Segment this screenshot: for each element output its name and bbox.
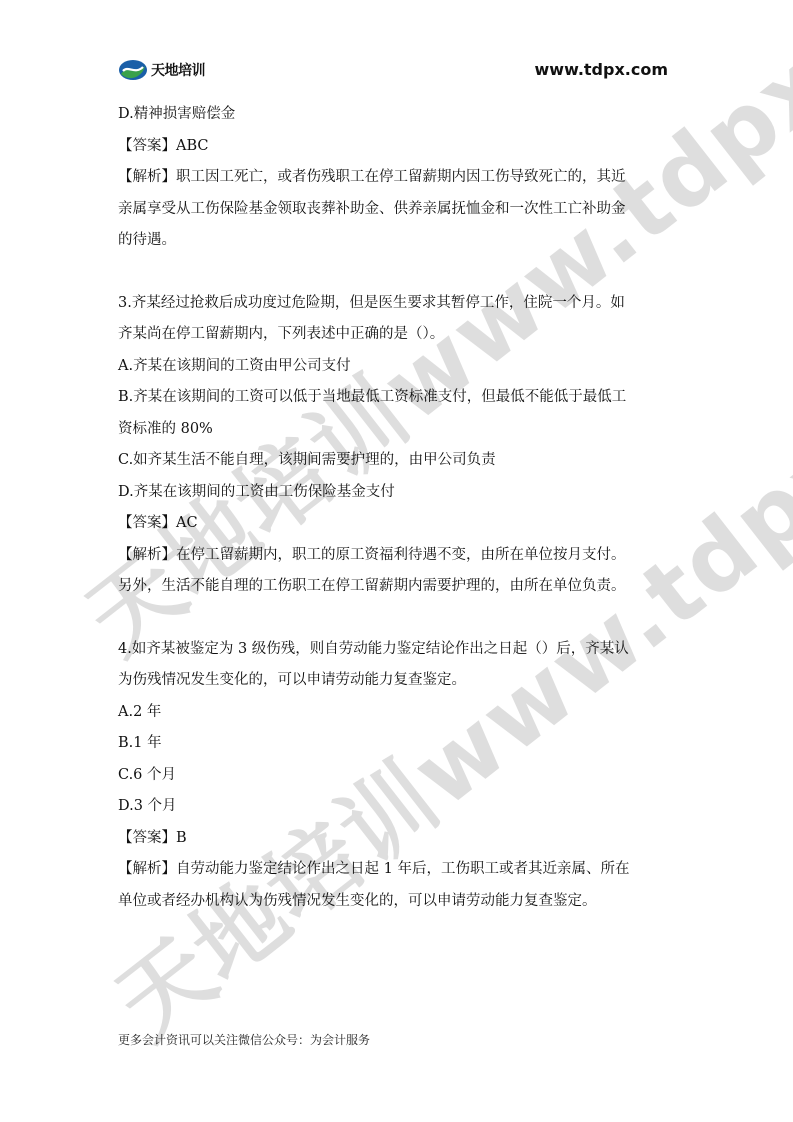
page-header: 天地培训 www.tdpx.com (118, 58, 668, 86)
document-body: D.精神损害赔偿金 【答案】ABC 【解析】职工因工死亡，或者伤残职工在停工留薪… (118, 99, 683, 917)
q4-option: A.2 年 (118, 697, 683, 729)
q4-analysis-line: 单位或者经办机构认为伤残情况发生变化的，可以申请劳动能力复查鉴定。 (118, 886, 683, 918)
site-url: www.tdpx.com (535, 60, 669, 79)
logo-swirl-icon (118, 58, 148, 82)
q3-option: A.齐某在该期间的工资由甲公司支付 (118, 351, 683, 383)
q3-option: B.齐某在该期间的工资可以低于当地最低工资标准支付，但最低不能低于最低工 (118, 382, 683, 414)
q2-analysis-line: 的待遇。 (118, 225, 683, 257)
logo-text: 天地培训 (151, 60, 205, 80)
q4-question-line: 为伤残情况发生变化的，可以申请劳动能力复查鉴定。 (118, 665, 683, 697)
q4-option: D.3 个月 (118, 791, 683, 823)
q4-answer: 【答案】B (118, 823, 683, 855)
q2-answer: 【答案】ABC (118, 131, 683, 163)
q3-question-line: 3.齐某经过抢救后成功度过危险期，但是医生要求其暂停工作，住院一个月。如 (118, 288, 683, 320)
q4-question-line: 4.如齐某被鉴定为 3 级伤残，则自劳动能力鉴定结论作出之日起（）后，齐某认 (118, 634, 683, 666)
logo: 天地培训 (118, 58, 205, 82)
q3-option: 资标准的 80% (118, 414, 683, 446)
q3-analysis-line: 【解析】在停工留薪期内，职工的原工资福利待遇不变，由所在单位按月支付。 (118, 540, 683, 572)
q3-option: C.如齐某生活不能自理，该期间需要护理的，由甲公司负责 (118, 445, 683, 477)
q3-option: D.齐某在该期间的工资由工伤保险基金支付 (118, 477, 683, 509)
page-footer: 更多会计资讯可以关注微信公众号：为会计服务 (118, 1031, 370, 1048)
q4-option: C.6 个月 (118, 760, 683, 792)
q2-analysis-line: 亲属享受从工伤保险基金领取丧葬补助金、供养亲属抚恤金和一次性工亡补助金 (118, 194, 683, 226)
q3-analysis-line: 另外，生活不能自理的工伤职工在停工留薪期内需要护理的，由所在单位负责。 (118, 571, 683, 603)
q2-option-d: D.精神损害赔偿金 (118, 99, 683, 131)
q3-answer: 【答案】AC (118, 508, 683, 540)
q4-option: B.1 年 (118, 728, 683, 760)
q4-analysis-line: 【解析】自劳动能力鉴定结论作出之日起 1 年后，工伤职工或者其近亲属、所在 (118, 854, 683, 886)
q3-question-line: 齐某尚在停工留薪期内，下列表述中正确的是（）。 (118, 319, 683, 351)
q2-analysis-line: 【解析】职工因工死亡，或者伤残职工在停工留薪期内因工伤导致死亡的，其近 (118, 162, 683, 194)
